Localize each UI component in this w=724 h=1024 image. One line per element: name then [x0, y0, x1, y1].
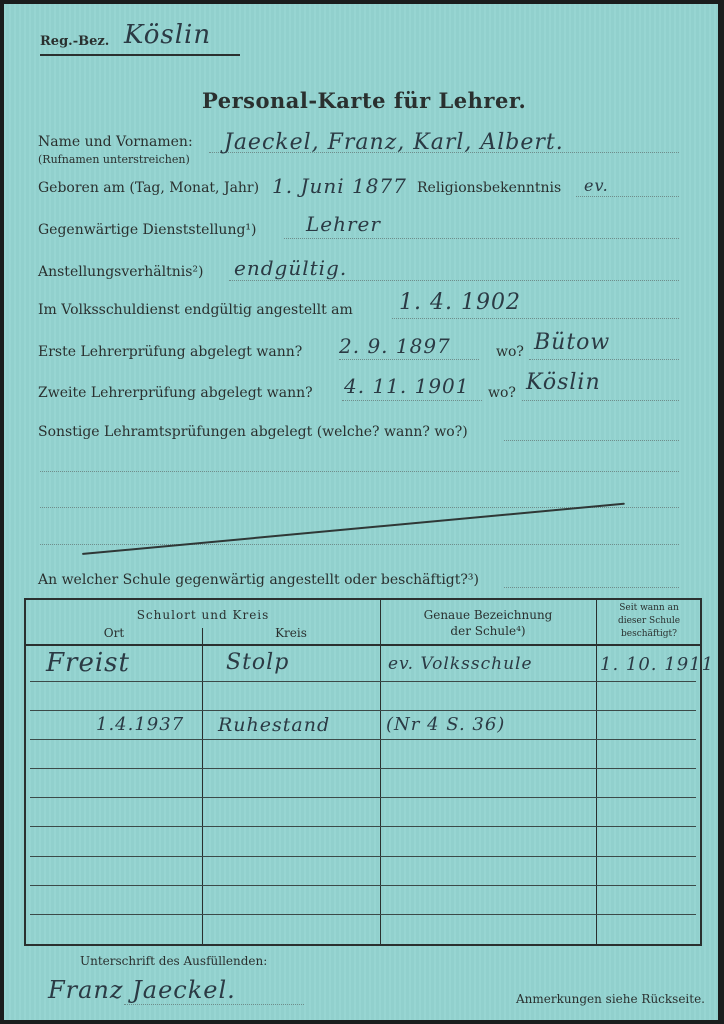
second-exam-where: Köslin [526, 370, 601, 395]
signature-value: Franz Jaeckel. [48, 976, 236, 1004]
name-label: Name und Vornamen: [38, 134, 193, 150]
name-value: Jaeckel, Franz, Karl, Albert. [224, 130, 564, 155]
row-1-kreis: Stolp [226, 650, 289, 675]
strikethrough-line [82, 503, 625, 555]
signature-label: Unterschrift des Ausfüllenden: [80, 954, 267, 968]
row-line [30, 856, 696, 857]
blank-dotted-line-1 [40, 471, 679, 472]
personnel-card: Reg.-Bez. Köslin Personal-Karte für Lehr… [4, 4, 718, 1020]
row-line [30, 914, 696, 915]
school-question-dotted-line [504, 587, 679, 588]
header-divider [26, 644, 700, 646]
first-exam-date-dotted-line [339, 359, 479, 360]
other-exams-dotted-line [504, 440, 679, 441]
religion-value: ev. [584, 176, 609, 195]
first-exam-where-dotted-line [529, 359, 679, 360]
second-exam-label: Zweite Lehrerprüfung abgelegt wann? [38, 385, 313, 401]
row-1-seit: 1. 10. 1911 [600, 654, 714, 675]
first-exam-where: Bütow [534, 330, 610, 355]
volksschul-dotted-line [392, 318, 679, 319]
blank-dotted-line-3 [40, 544, 679, 545]
second-exam-date: 4. 11. 1901 [344, 374, 470, 398]
school-question-label: An welcher Schule gegenwärtig angestellt… [38, 572, 479, 588]
row-2-kreis: Ruhestand [218, 714, 330, 736]
position-value: Lehrer [306, 212, 381, 236]
row-line [30, 710, 696, 711]
col-divider-1 [202, 628, 203, 944]
position-label: Gegenwärtige Dienststellung¹) [38, 222, 257, 238]
employment-label: Anstellungsverhältnis²) [38, 264, 203, 280]
reg-bez-value: Köslin [124, 20, 211, 50]
row-2-ort: 1.4.1937 [96, 714, 184, 735]
religion-label: Religionsbekenntnis [417, 180, 561, 196]
row-line [30, 768, 696, 769]
header-ort: Ort [26, 626, 202, 640]
page-title: Personal-Karte für Lehrer. [202, 88, 526, 113]
reg-bez-underline [40, 54, 240, 56]
employment-value: endgültig. [234, 256, 347, 280]
row-line [30, 681, 696, 682]
header-seit-2: dieser Schule [596, 616, 702, 626]
row-line [30, 739, 696, 740]
header-seit-1: Seit wann an [596, 603, 702, 613]
name-hint: (Rufnamen unterstreichen) [38, 153, 190, 166]
second-exam-where-dotted-line [522, 400, 679, 401]
religion-dotted-line [576, 196, 679, 197]
row-line [30, 826, 696, 827]
header-seit-3: beschäftigt? [596, 629, 702, 639]
row-line [30, 885, 696, 886]
header-bezeichnung-1: Genaue Bezeichnung [380, 608, 596, 622]
header-schulort-kreis: Schulort und Kreis [26, 608, 380, 622]
position-dotted-line [284, 238, 679, 239]
col-divider-3 [596, 600, 597, 944]
second-exam-date-dotted-line [342, 400, 482, 401]
row-1-bezeichnung: ev. Volksschule [388, 654, 533, 674]
header-kreis: Kreis [202, 626, 380, 640]
birth-label: Geboren am (Tag, Monat, Jahr) [38, 180, 259, 196]
employment-dotted-line [229, 280, 679, 281]
row-2-bezeichnung: (Nr 4 S. 36) [386, 714, 505, 735]
header-bezeichnung-2: der Schule⁴) [380, 624, 596, 638]
col-divider-2 [380, 600, 381, 944]
row-1-ort: Freist [46, 648, 130, 678]
volksschul-label: Im Volksschuldienst endgültig angestellt… [38, 302, 353, 318]
birth-value: 1. Juni 1877 [272, 174, 407, 198]
school-table: Schulort und Kreis Ort Kreis Genaue Beze… [24, 598, 702, 946]
first-exam-date: 2. 9. 1897 [339, 334, 451, 358]
other-exams-label: Sonstige Lehramtsprüfungen abgelegt (wel… [38, 424, 468, 440]
second-exam-where-label: wo? [488, 385, 516, 401]
footnote-reference: Anmerkungen siehe Rückseite. [516, 992, 705, 1006]
signature-dotted-line [124, 1004, 304, 1005]
volksschul-value: 1. 4. 1902 [399, 290, 521, 315]
first-exam-label: Erste Lehrerprüfung abgelegt wann? [38, 344, 302, 360]
row-line [30, 797, 696, 798]
reg-bez-label: Reg.-Bez. [40, 34, 109, 49]
first-exam-where-label: wo? [496, 344, 524, 360]
